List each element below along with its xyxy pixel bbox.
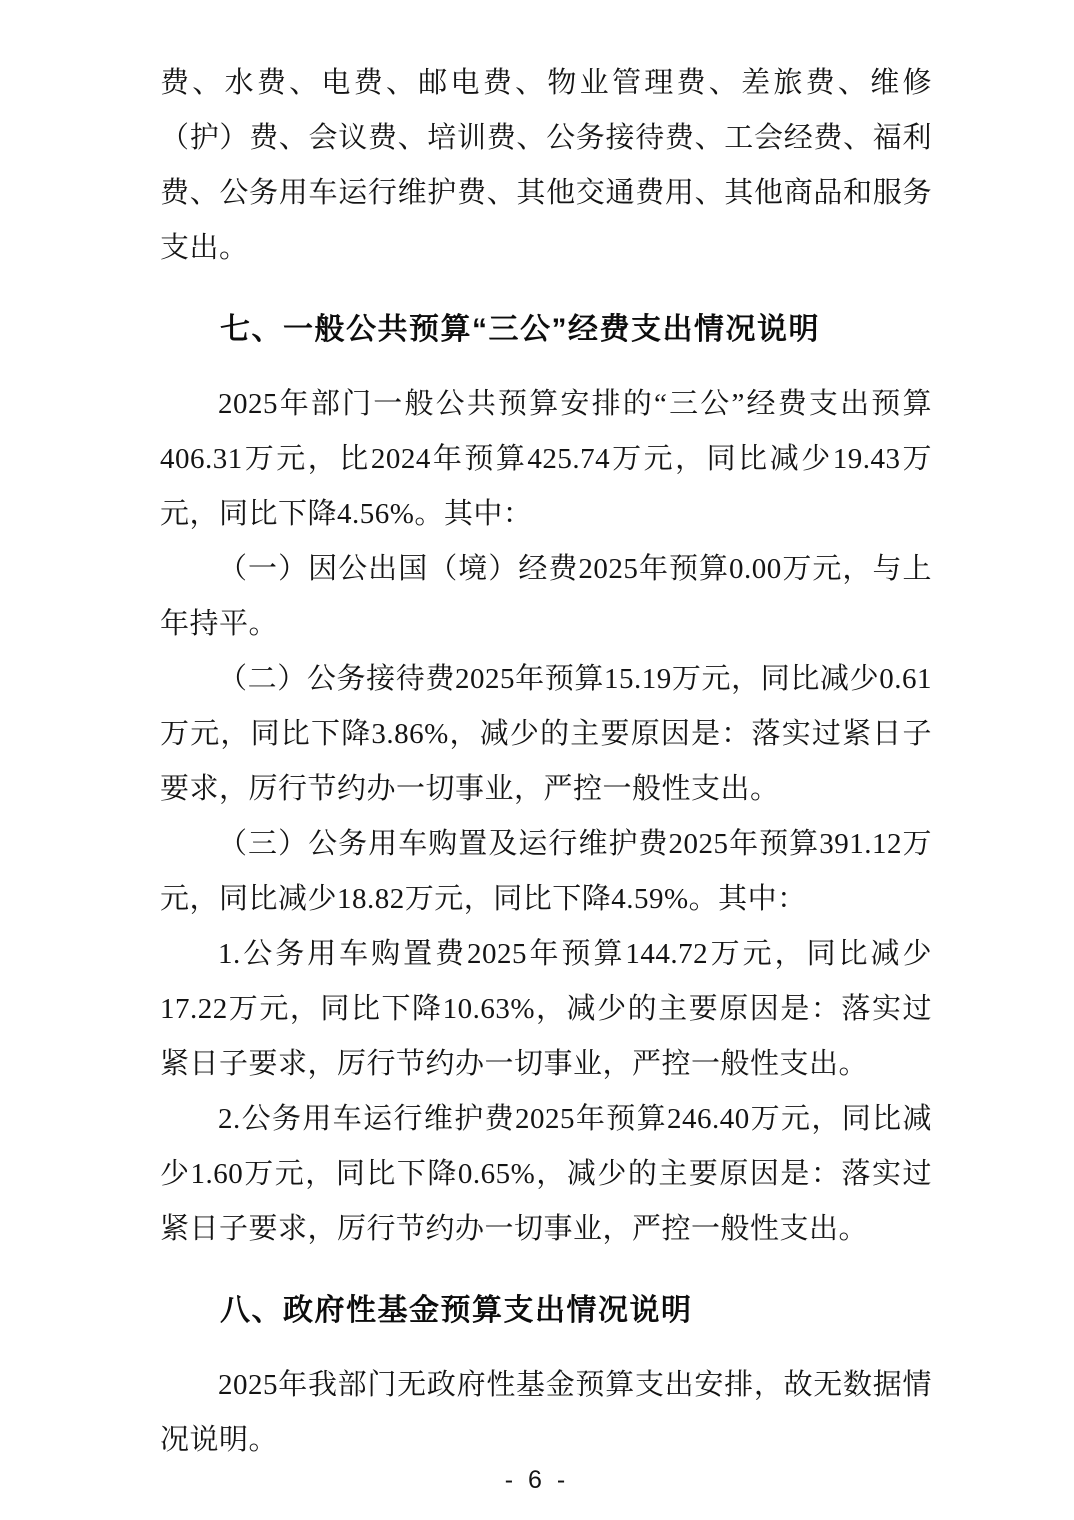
para-vehicle-purchase-expense: 1.公务用车购置费2025年预算144.72万元，同比减少17.22万元，同比下… [160,927,932,1092]
document-page: 费、水费、电费、邮电费、物业管理费、差旅费、维修（护）费、会议费、培训费、公务接… [0,0,1074,1520]
para-expense-items-continuation: 费、水费、电费、邮电费、物业管理费、差旅费、维修（护）费、会议费、培训费、公务接… [160,56,932,276]
para-official-reception-expense: （二）公务接待费2025年预算15.19万元，同比减少0.61万元，同比下降3.… [160,652,932,817]
document-body: 费、水费、电费、邮电费、物业管理费、差旅费、维修（护）费、会议费、培训费、公务接… [160,56,932,1468]
section-heading-eight-government-fund: 八、政府性基金预算支出情况说明 [160,1283,932,1339]
para-vehicle-purchase-and-maintenance-total: （三）公务用车购置及运行维护费2025年预算391.12万元，同比减少18.82… [160,817,932,927]
page-number: - 6 - [0,1466,1074,1495]
para-sangong-budget-summary: 2025年部门一般公共预算安排的“三公”经费支出预算406.31万元，比2024… [160,377,932,542]
para-overseas-travel-expense: （一）因公出国（境）经费2025年预算0.00万元，与上年持平。 [160,542,932,652]
para-vehicle-maintenance-expense: 2.公务用车运行维护费2025年预算246.40万元，同比减少1.60万元，同比… [160,1092,932,1257]
para-government-fund-note: 2025年我部门无政府性基金预算支出安排，故无数据情况说明。 [160,1358,932,1468]
section-heading-seven-sangong-expense: 七、一般公共预算“三公”经费支出情况说明 [160,302,932,358]
